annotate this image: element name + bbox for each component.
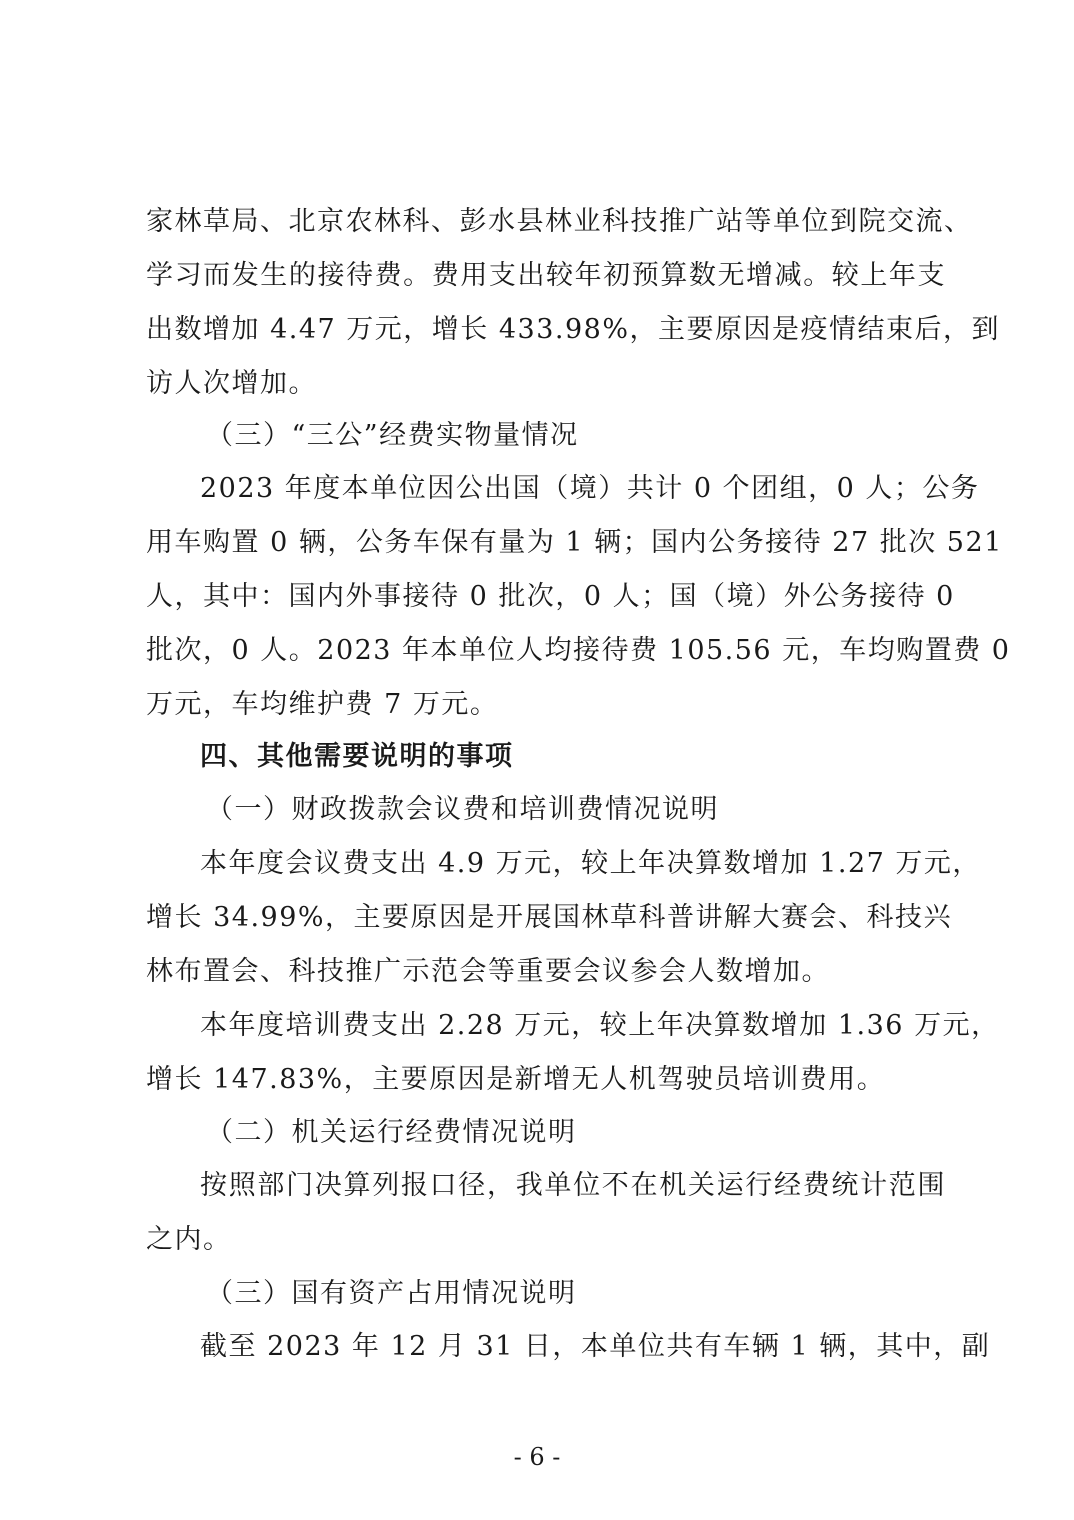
page-number: - 6 - <box>0 1443 1074 1471</box>
paragraph-line: 批次，0 人。2023 年本单位人均接待费 105.56 元，车均购置费 0 <box>146 632 946 670</box>
paragraph-line: 人，其中：国内外事接待 0 批次，0 人；国（境）外公务接待 0 <box>146 578 946 616</box>
paragraph-line: 2023 年度本单位因公出国（境）共计 0 个团组，0 人；公务 <box>200 470 946 508</box>
section-heading-1: （一）财政拨款会议费和培训费情况说明 <box>206 791 1006 829</box>
paragraph-line: 增长 34.99%，主要原因是开展国林草科普讲解大赛会、科技兴 <box>146 899 946 937</box>
paragraph-line: 出数增加 4.47 万元，增长 433.98%，主要原因是疫情结束后，到 <box>146 311 946 349</box>
paragraph-line: 学习而发生的接待费。费用支出较年初预算数无增减。较上年支 <box>146 257 946 295</box>
paragraph-line: 截至 2023 年 12 月 31 日，本单位共有车辆 1 辆，其中，副 <box>200 1328 946 1366</box>
paragraph-line: 增长 147.83%，主要原因是新增无人机驾驶员培训费用。 <box>146 1061 946 1099</box>
paragraph-line: 万元，车均维护费 7 万元。 <box>146 686 946 724</box>
paragraph-line: 林布置会、科技推广示范会等重要会议参会人数增加。 <box>146 953 946 991</box>
document-page: 家林草局、北京农林科、彭水县林业科技推广站等单位到院交流、 学习而发生的接待费。… <box>0 0 1074 1520</box>
paragraph-line: 访人次增加。 <box>146 365 946 403</box>
paragraph-line: 按照部门决算列报口径，我单位不在机关运行经费统计范围 <box>200 1167 946 1205</box>
paragraph-line: 之内。 <box>146 1221 946 1259</box>
paragraph-line: 用车购置 0 辆，公务车保有量为 1 辆；国内公务接待 27 批次 521 <box>146 524 946 562</box>
section-heading-3b: （三）国有资产占用情况说明 <box>206 1275 1006 1313</box>
paragraph-line: 家林草局、北京农林科、彭水县林业科技推广站等单位到院交流、 <box>146 203 946 241</box>
section-heading-2: （二）机关运行经费情况说明 <box>206 1114 1006 1152</box>
main-heading-4: 四、其他需要说明的事项 <box>200 738 946 776</box>
section-heading-3: （三）“三公”经费实物量情况 <box>206 417 1006 455</box>
paragraph-line: 本年度培训费支出 2.28 万元，较上年决算数增加 1.36 万元， <box>200 1007 946 1045</box>
paragraph-line: 本年度会议费支出 4.9 万元，较上年决算数增加 1.27 万元， <box>200 845 946 883</box>
